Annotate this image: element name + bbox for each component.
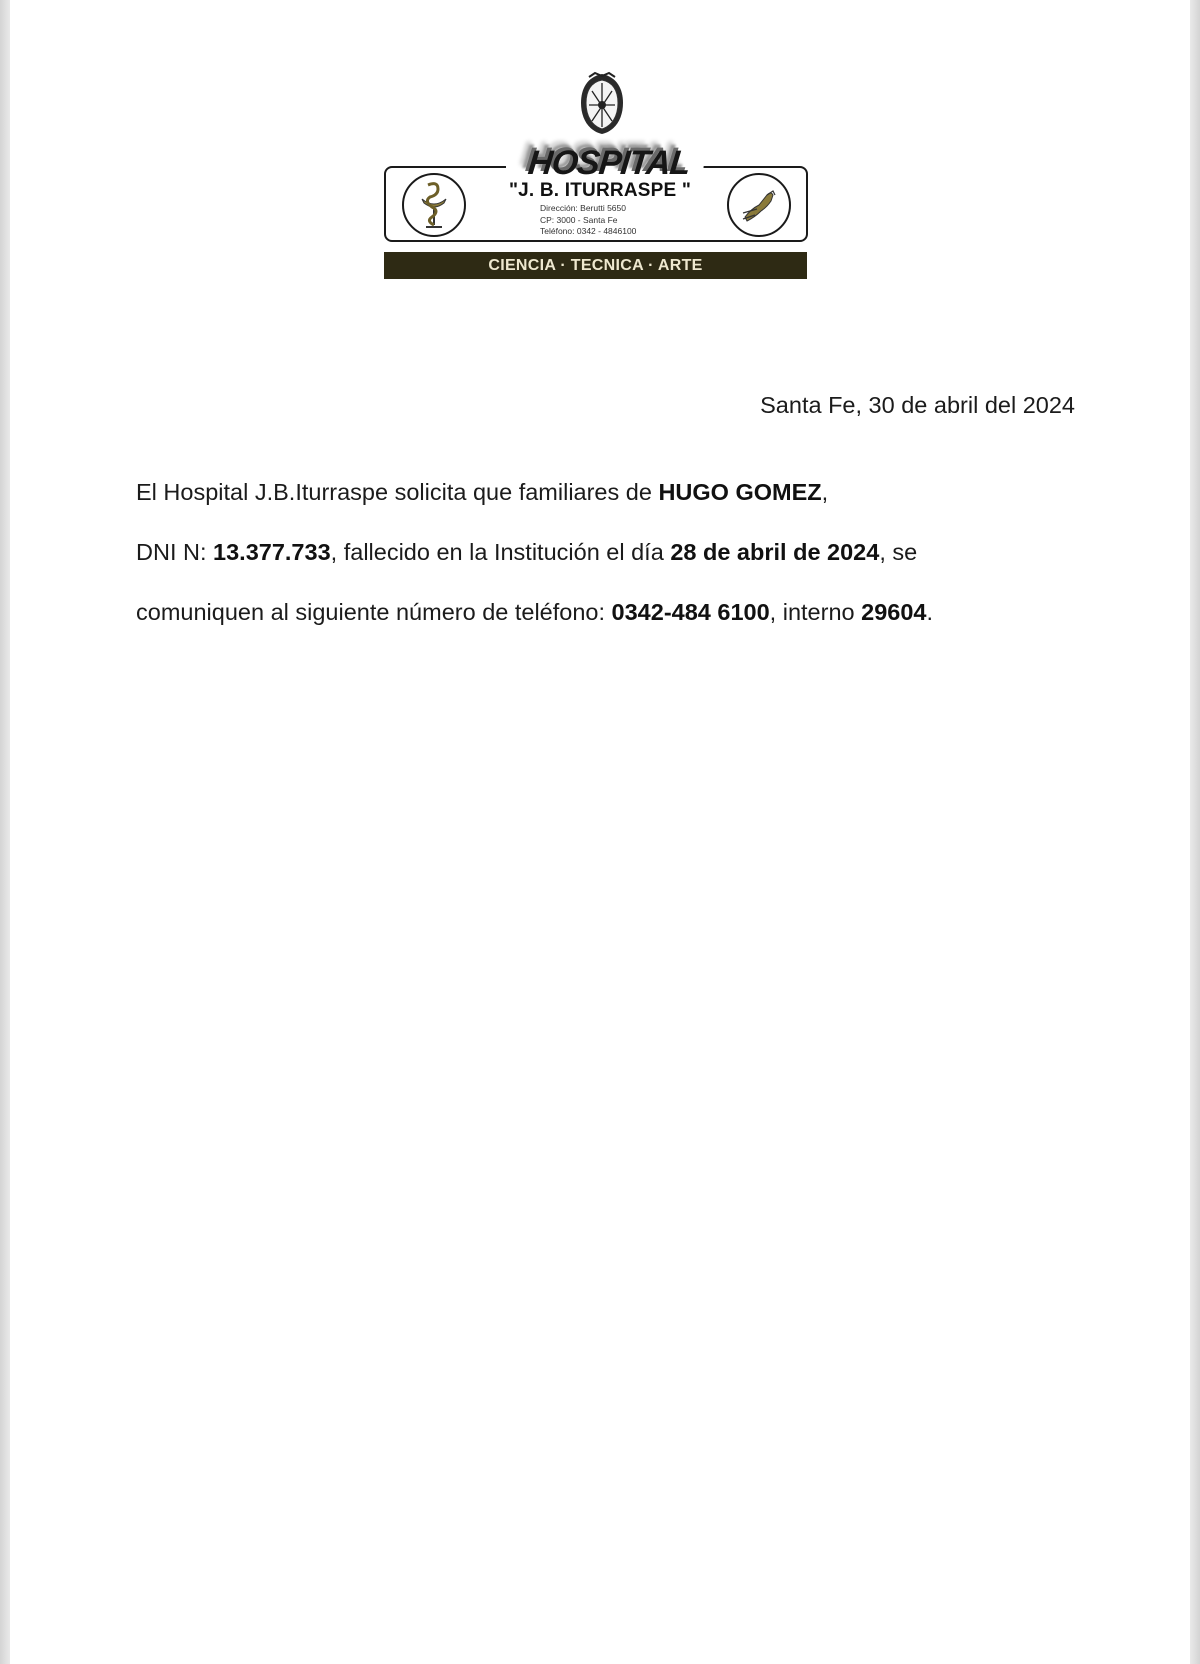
address-street: Dirección: Berutti 5650	[540, 203, 636, 215]
paragraph-line-2: DNI N: 13.377.733, fallecido en la Insti…	[136, 537, 917, 567]
text-segment: DNI N:	[136, 539, 213, 565]
hospital-name: "J. B. ITURRASPE "	[500, 181, 700, 201]
hospital-wordmark: HOSPITAL	[512, 143, 706, 183]
text-segment: , se	[879, 539, 917, 565]
motto-band: CIENCIA · TECNICA · ARTE	[384, 252, 807, 279]
text-segment: , fallecido en la Institución el día	[331, 539, 671, 565]
address-phone: Teléfono: 0342 - 4846100	[540, 226, 636, 238]
coat-of-arms-icon	[577, 71, 627, 137]
page-edge-right	[1190, 0, 1200, 1664]
paragraph-line-3: comuniquen al siguiente número de teléfo…	[136, 597, 933, 627]
deceased-name: HUGO GOMEZ	[658, 479, 821, 505]
bowl-of-hygieia-icon	[402, 173, 466, 237]
contact-phone: 0342-484 6100	[612, 599, 770, 625]
text-segment: .	[926, 599, 933, 625]
address-postal: CP: 3000 - Santa Fe	[540, 215, 636, 227]
text-segment: El Hospital J.B.Iturraspe solicita que f…	[136, 479, 658, 505]
letter-date: Santa Fe, 30 de abril del 2024	[760, 390, 1075, 420]
death-date: 28 de abril de 2024	[670, 539, 879, 565]
paragraph-line-1: El Hospital J.B.Iturraspe solicita que f…	[136, 477, 828, 507]
phone-extension: 29604	[861, 599, 926, 625]
text-segment: , interno	[770, 599, 861, 625]
text-segment: comuniquen al siguiente número de teléfo…	[136, 599, 612, 625]
text-segment: ,	[822, 479, 829, 505]
hospital-address: Dirección: Berutti 5650 CP: 3000 - Santa…	[540, 203, 636, 238]
dni-number: 13.377.733	[213, 539, 331, 565]
hand-holding-icon	[727, 173, 791, 237]
page-edge-left	[0, 0, 10, 1664]
